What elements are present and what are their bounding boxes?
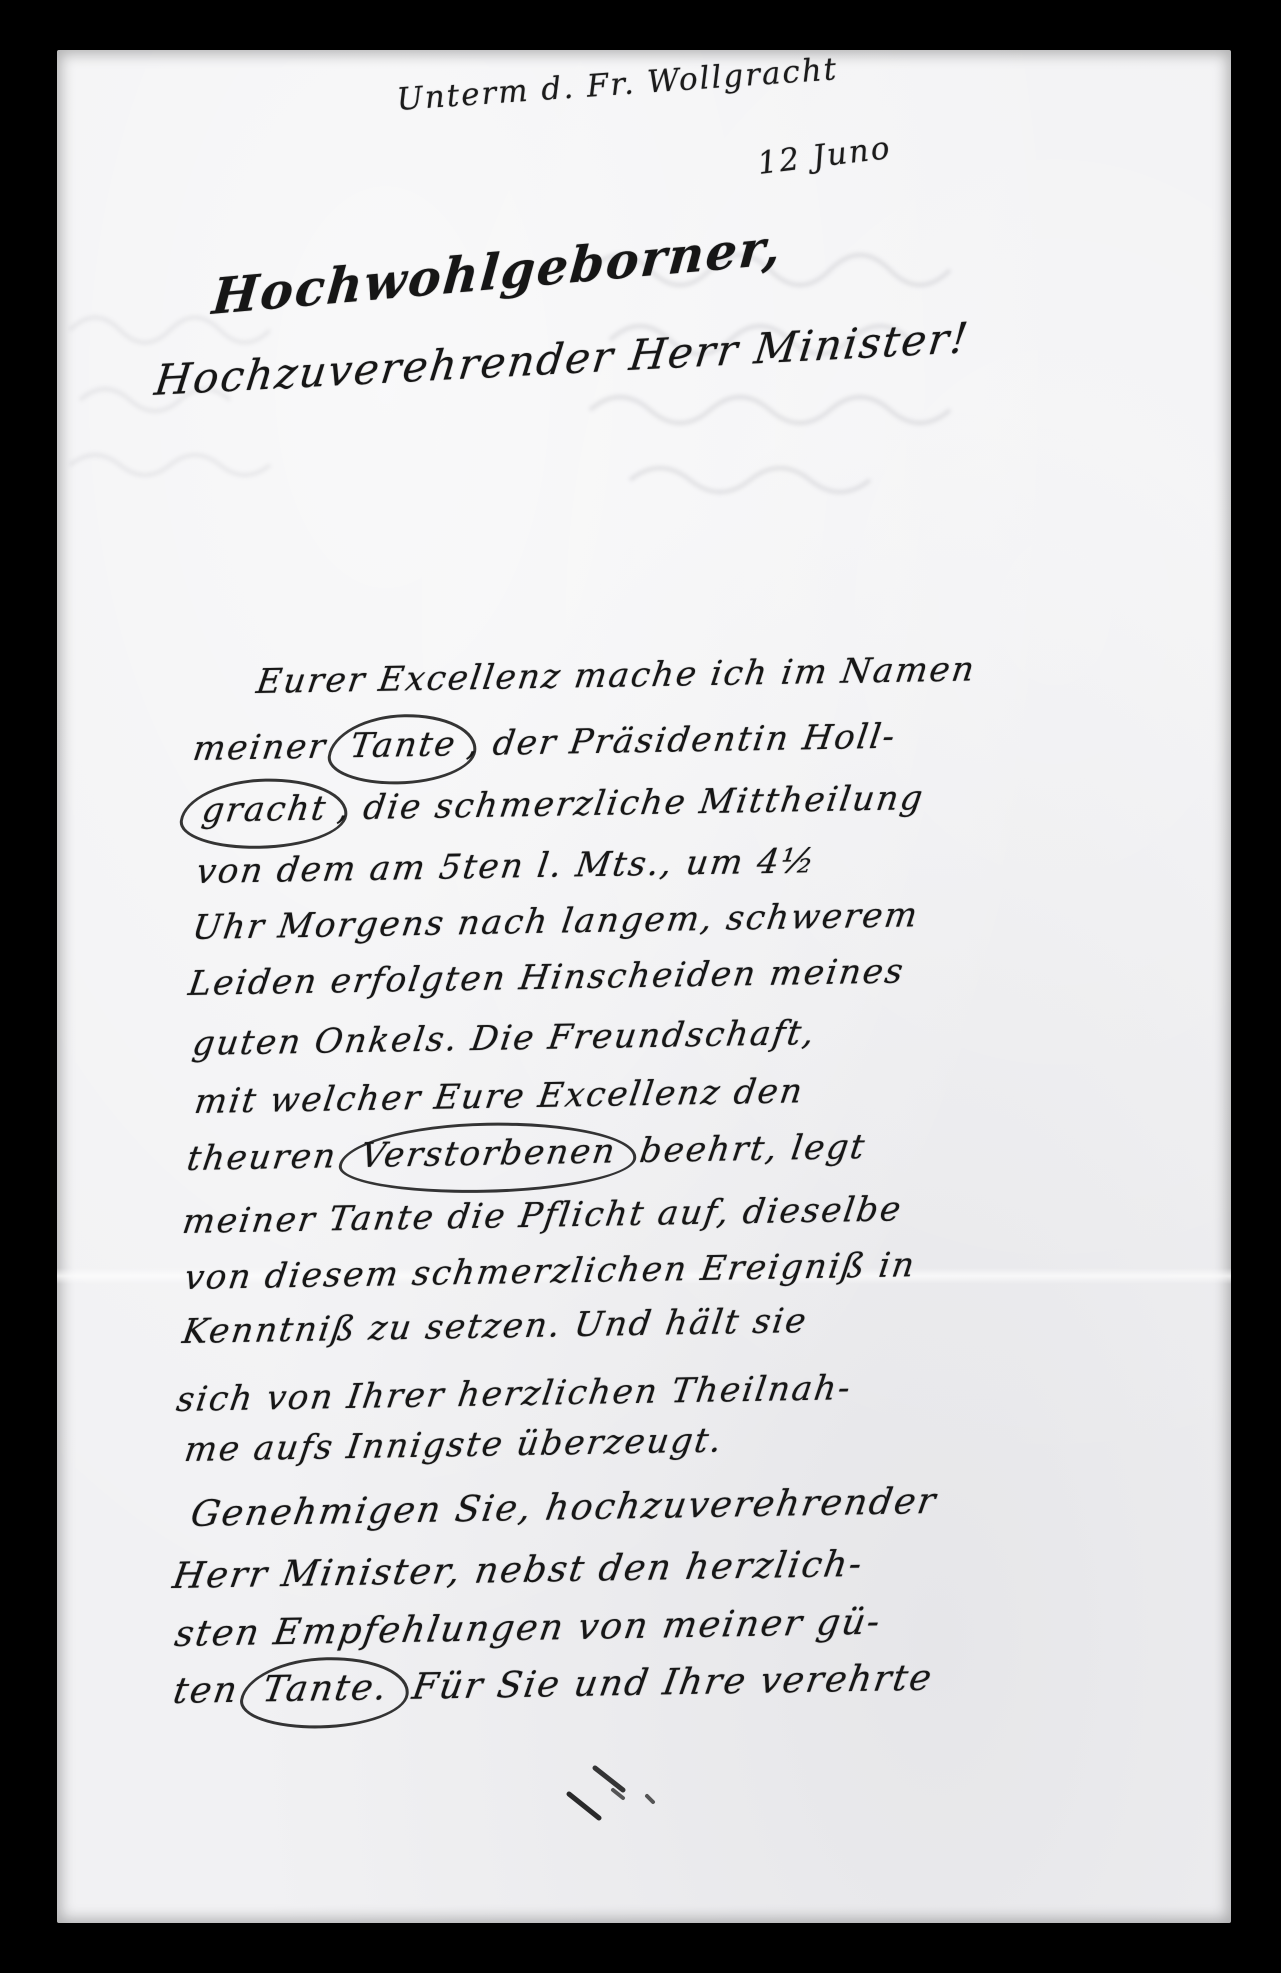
body-text: , die schmerzliche Mittheilung — [335, 778, 927, 828]
body-text: Für Sie und Ihre verehrte — [396, 1658, 936, 1708]
body-text: meiner — [190, 726, 342, 769]
body-text: beehrt, legt — [624, 1127, 868, 1171]
body-text: , der Präsidentin Holl- — [465, 717, 899, 765]
scan-frame: Unterm d. Fr. Wollgracht 12 Juno Hochwoh… — [0, 0, 1281, 1973]
body-text: theuren — [184, 1136, 352, 1179]
